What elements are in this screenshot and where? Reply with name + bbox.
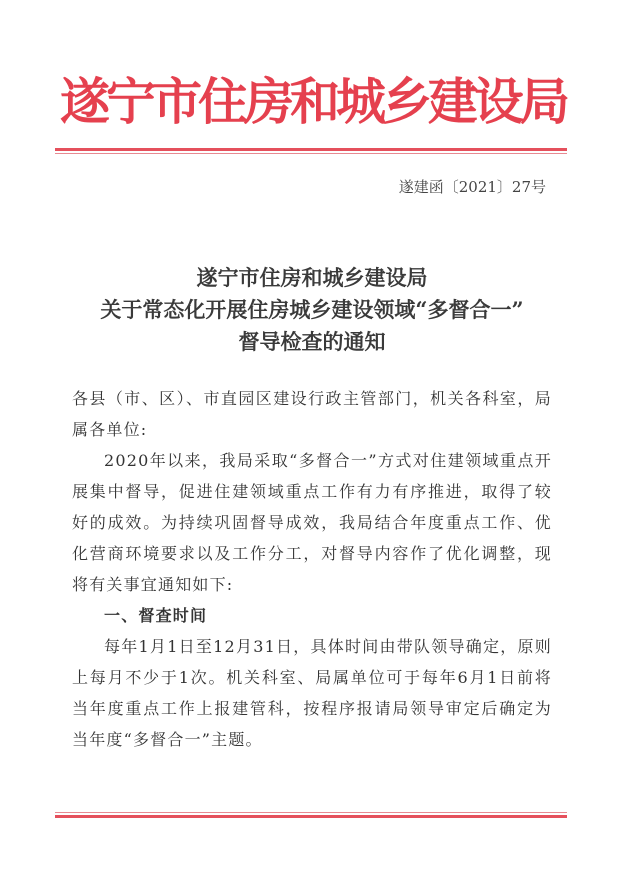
masthead-org-name: 遂宁市住房和城乡建设局 xyxy=(60,72,560,132)
footer-divider xyxy=(55,812,567,818)
title-line-2: 关于常态化开展住房城乡建设领域“多督合一” xyxy=(40,294,584,326)
section-heading-1: 一、督查时间 xyxy=(72,600,552,631)
document-body: 各县（市、区）、市直园区建设行政主管部门，机关各科室，局属各单位: 2020年以… xyxy=(72,383,552,755)
document-number: 遂建函〔2021〕27号 xyxy=(399,176,546,197)
salutation: 各县（市、区）、市直园区建设行政主管部门，机关各科室，局属各单位: xyxy=(72,383,552,445)
title-line-1: 遂宁市住房和城乡建设局 xyxy=(40,262,584,294)
section-1-paragraph: 每年1月1日至12月31日，具体时间由带队领导确定，原则上每月不少于1次。机关科… xyxy=(72,631,552,755)
document-title: 遂宁市住房和城乡建设局 关于常态化开展住房城乡建设领域“多督合一” 督导检查的通… xyxy=(40,262,584,358)
masthead-divider xyxy=(55,148,567,154)
intro-paragraph: 2020年以来，我局采取“多督合一”方式对住建领域重点开展集中督导，促进住建领域… xyxy=(72,445,552,600)
title-line-3: 督导检查的通知 xyxy=(40,326,584,358)
